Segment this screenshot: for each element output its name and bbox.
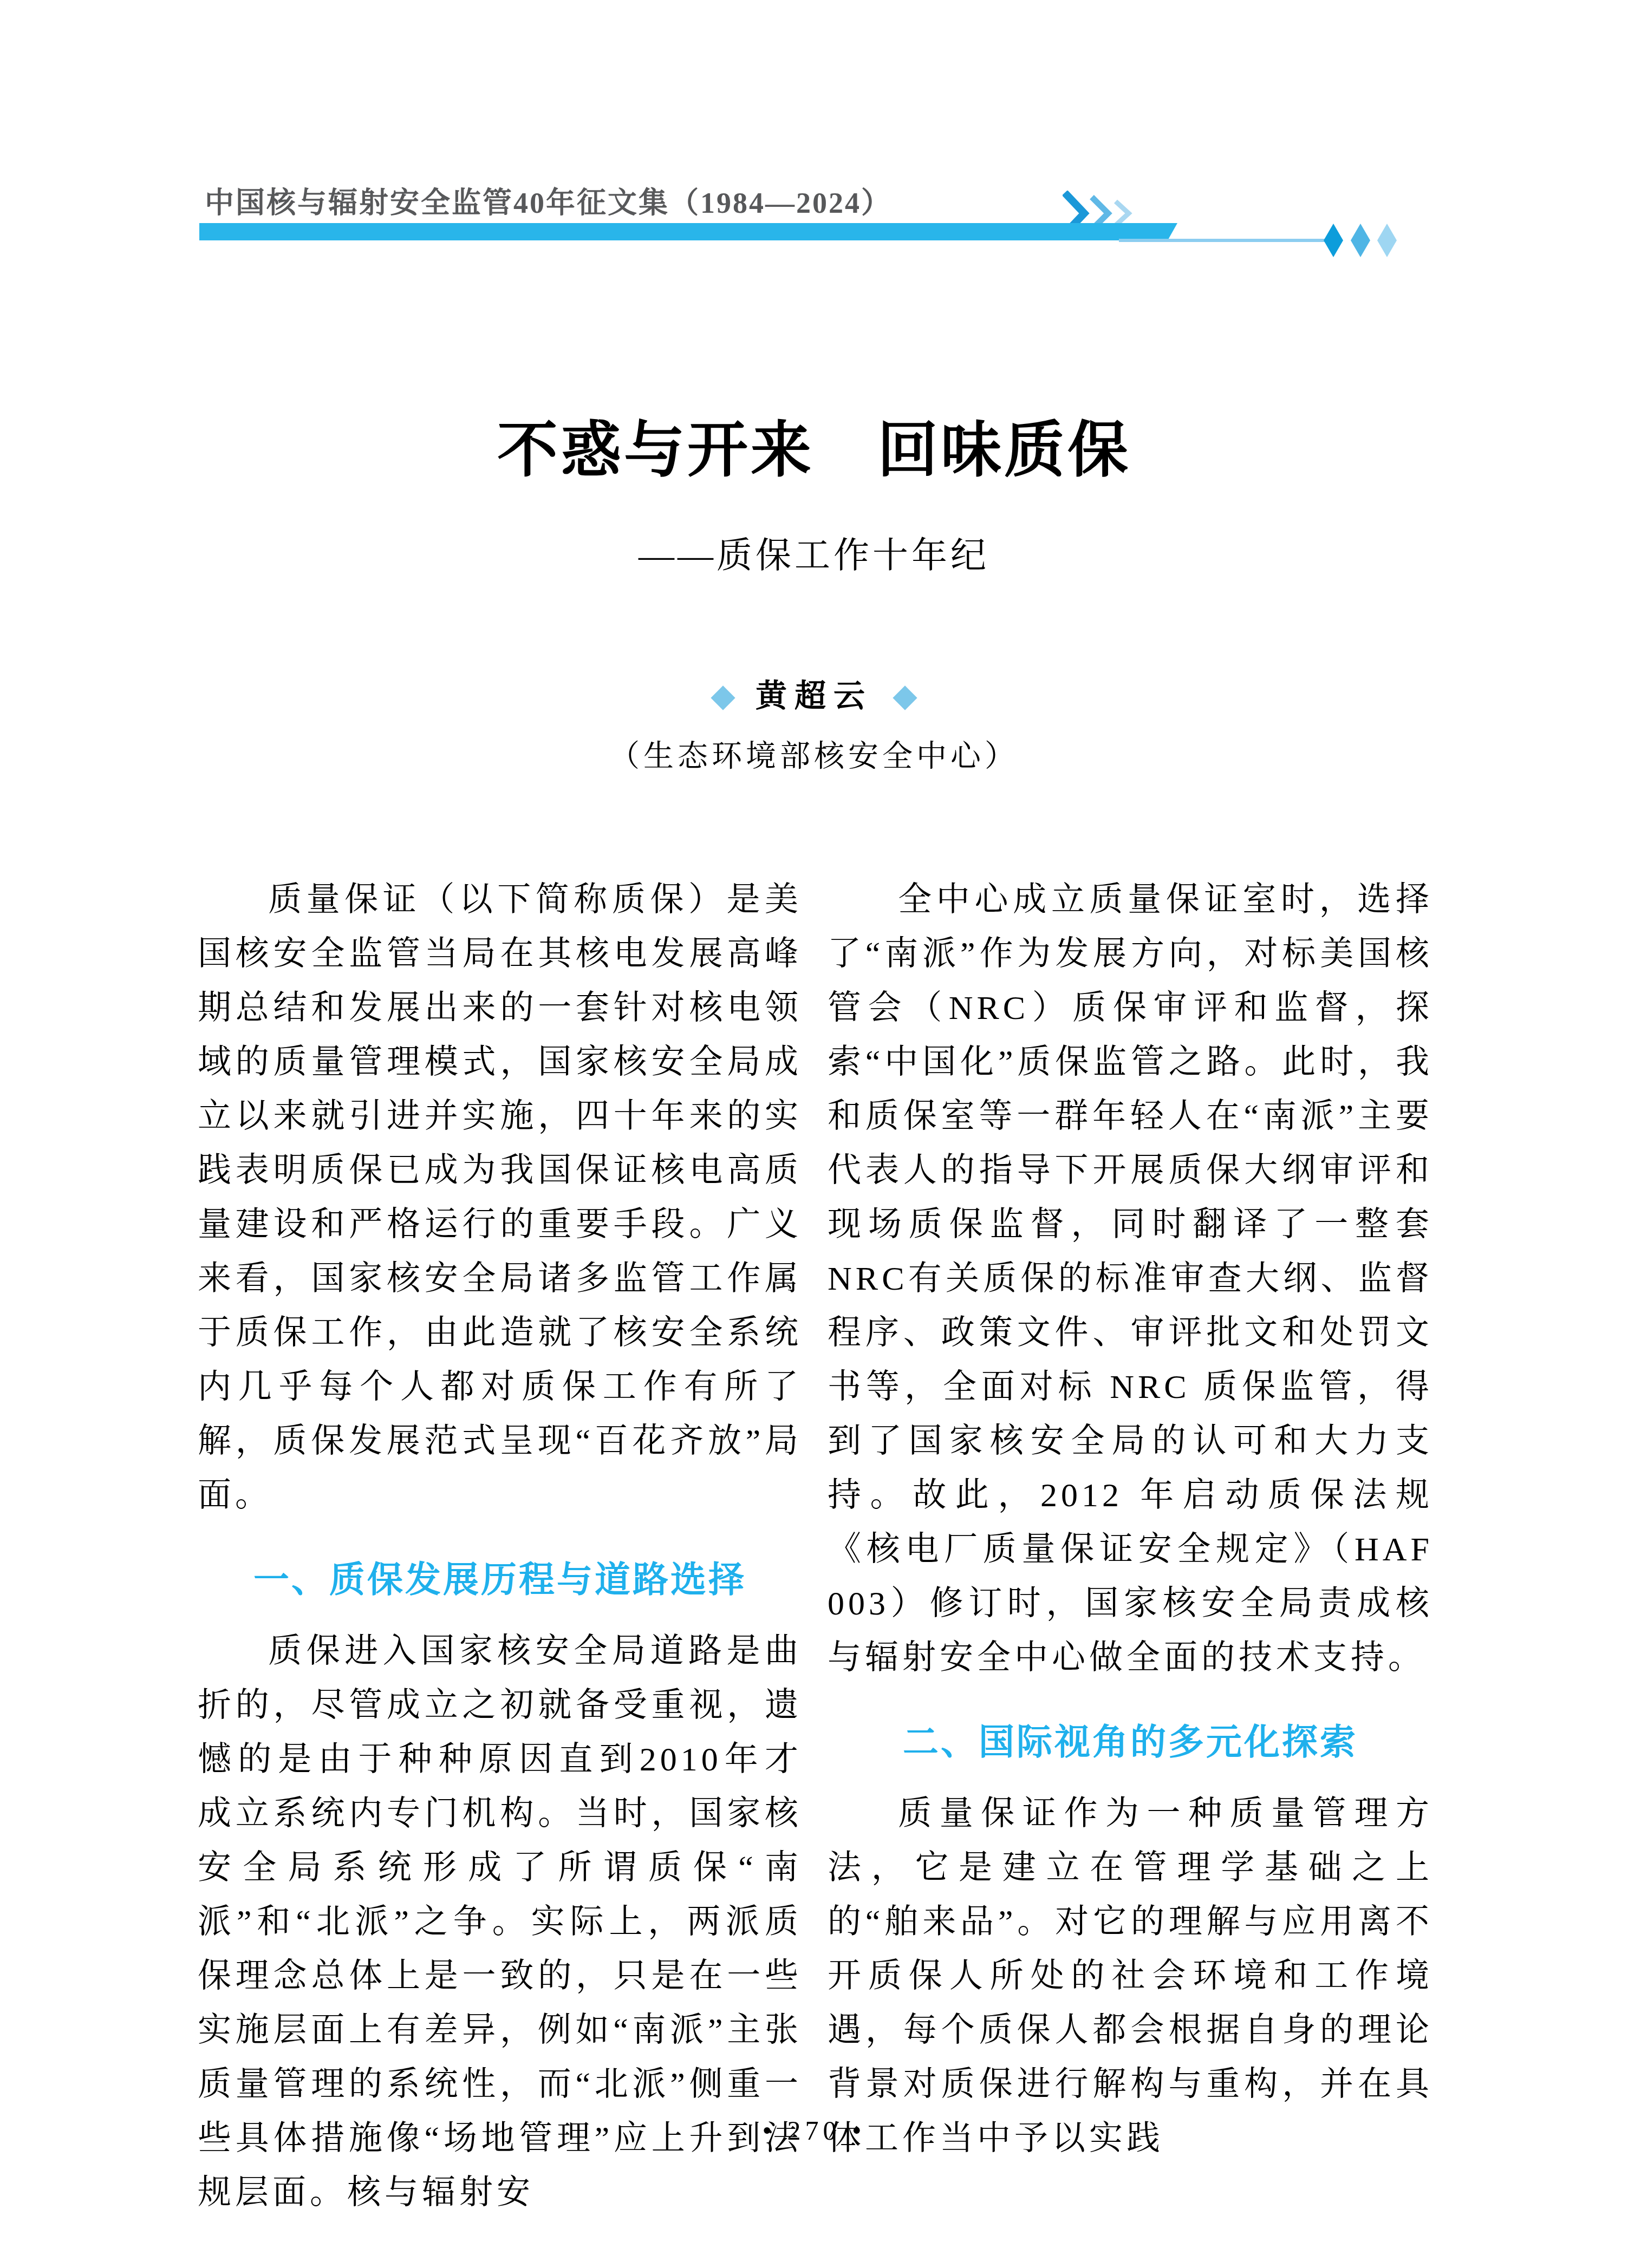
right-column: 全中心成立质量保证室时，选择了“南派”作为发展方向，对标美国核管会（NRC）质保… bbox=[828, 873, 1433, 2166]
book-series-title: 中国核与辐射安全监管40年征文集（1984—2024） bbox=[205, 180, 892, 221]
article-title: 不惑与开来 回味质保 bbox=[0, 402, 1628, 489]
author-affiliation: （生态环境部核安全中心） bbox=[0, 732, 1628, 775]
left-column: 质量保证（以下简称质保）是美国核安全监管当局在其核电发展高峰期总结和发展出来的一… bbox=[198, 873, 802, 2220]
diamond-icon bbox=[1351, 224, 1370, 257]
author-row: 黄超云 bbox=[0, 670, 1628, 716]
article-subtitle: ——质保工作十年纪 bbox=[0, 526, 1628, 578]
header-accent-bar bbox=[199, 223, 1177, 240]
section-heading-1: 一、质保发展历程与道路选择 bbox=[198, 1551, 802, 1610]
paragraph-section2: 质量保证作为一种质量管理方法，它是建立在管理学基础之上的“舶来品”。对它的理解与… bbox=[828, 1787, 1433, 2166]
paragraph-intro: 质量保证（以下简称质保）是美国核安全监管当局在其核电发展高峰期总结和发展出来的一… bbox=[198, 873, 802, 1522]
document-page: 中国核与辐射安全监管40年征文集（1984—2024） 不惑与开来 回味质保 —… bbox=[0, 0, 1628, 2268]
diamond-icon bbox=[1324, 224, 1343, 257]
section-heading-2: 二、国际视角的多元化探索 bbox=[828, 1713, 1433, 1773]
author-diamond-icon bbox=[893, 685, 917, 710]
author-diamond-icon bbox=[711, 685, 735, 710]
author-name: 黄超云 bbox=[756, 678, 872, 714]
paragraph-section1-continued: 全中心成立质量保证室时，选择了“南派”作为发展方向，对标美国核管会（NRC）质保… bbox=[828, 873, 1433, 1685]
page-number: • 270 • bbox=[0, 2115, 1628, 2146]
diamond-icon bbox=[1377, 224, 1397, 257]
header-accent-line bbox=[1119, 239, 1325, 242]
